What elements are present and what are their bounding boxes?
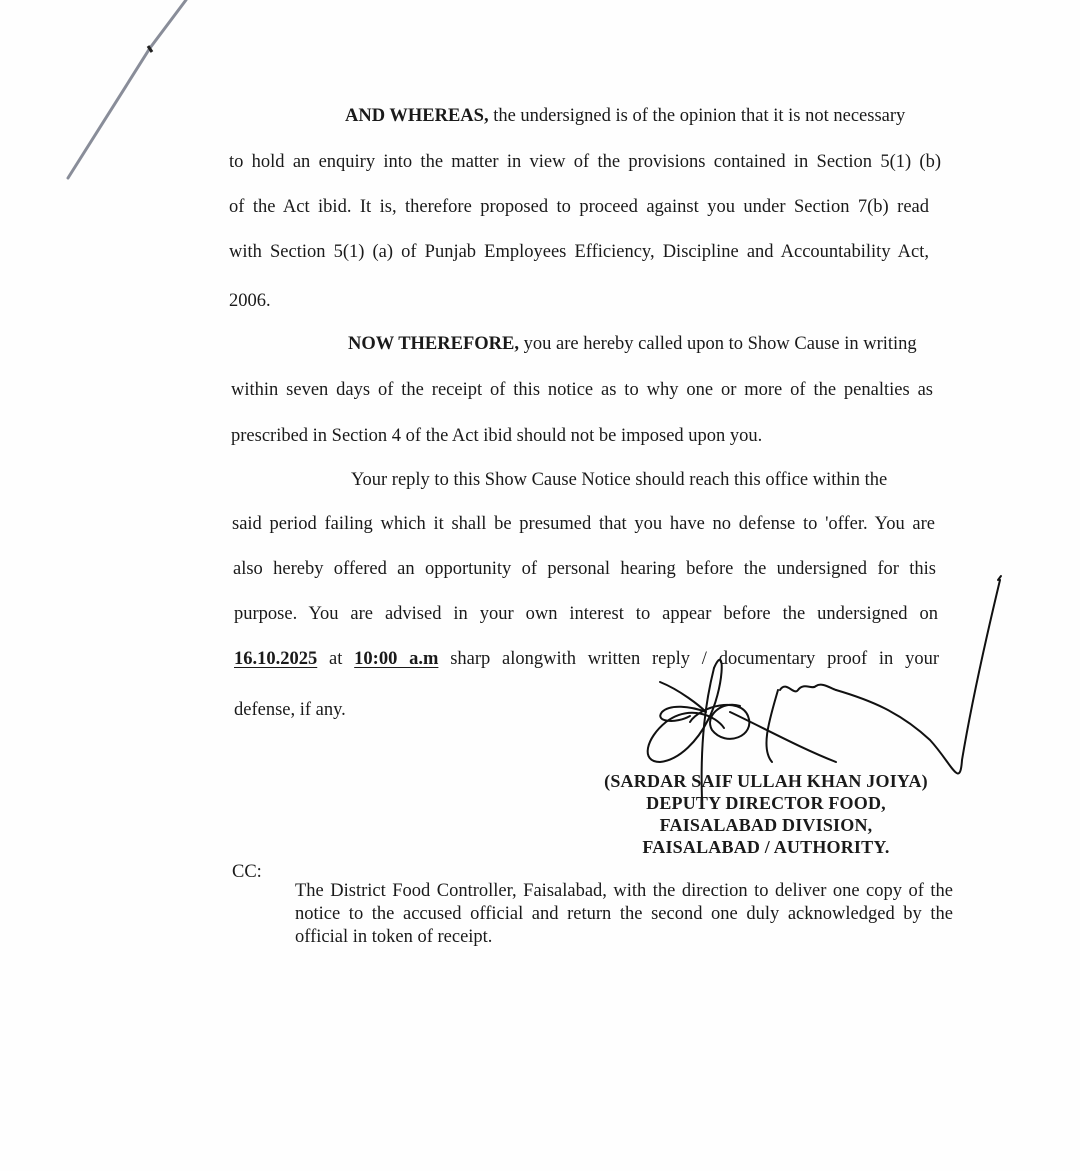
para3-line3: also hereby offered an opportunity of pe… — [233, 557, 936, 581]
hearing-date: 16.10.2025 — [234, 649, 317, 669]
para1-line3: of the Act ibid. It is, therefore propos… — [229, 195, 929, 219]
para1-line4: with Section 5(1) (a) of Punjab Employee… — [229, 240, 929, 264]
signatory-name: (SARDAR SAIF ULLAH KHAN JOIYA) — [585, 770, 947, 792]
para3-line5: 16.10.2025 at 10:00 a.m sharp alongwith … — [234, 647, 939, 671]
handwritten-signature-icon — [0, 0, 1080, 1171]
signatory-division: FAISALABAD DIVISION, — [585, 814, 947, 836]
signatory-authority: FAISALABAD / AUTHORITY. — [585, 836, 947, 858]
para3-line6: defense, if any. — [234, 698, 346, 722]
para3-line1: Your reply to this Show Cause Notice sho… — [351, 468, 935, 492]
cc-label: CC: — [232, 862, 262, 883]
para3-line4: purpose. You are advised in your own int… — [234, 602, 938, 626]
now-therefore-lead: NOW THEREFORE, — [348, 334, 519, 354]
document-page: AND WHEREAS, the undersigned is of the o… — [0, 0, 1080, 1171]
para3-line2: said period failing which it shall be pr… — [232, 512, 935, 536]
cc-text: The District Food Controller, Faisalabad… — [295, 880, 953, 949]
para1-line2: to hold an enquiry into the matter in vi… — [229, 150, 941, 174]
para2-line1: NOW THEREFORE, you are hereby called upo… — [348, 332, 930, 356]
para2-line2: within seven days of the receipt of this… — [231, 378, 933, 402]
para1-line1: AND WHEREAS, the undersigned is of the o… — [345, 104, 927, 128]
hearing-time: 10:00 a.m — [354, 649, 438, 669]
para1-line5: 2006. — [229, 289, 271, 313]
signatory-block: (SARDAR SAIF ULLAH KHAN JOIYA) DEPUTY DI… — [585, 770, 947, 858]
para2-line3: prescribed in Section 4 of the Act ibid … — [231, 424, 762, 448]
and-whereas-lead: AND WHEREAS, — [345, 106, 489, 126]
signatory-designation: DEPUTY DIRECTOR FOOD, — [585, 792, 947, 814]
